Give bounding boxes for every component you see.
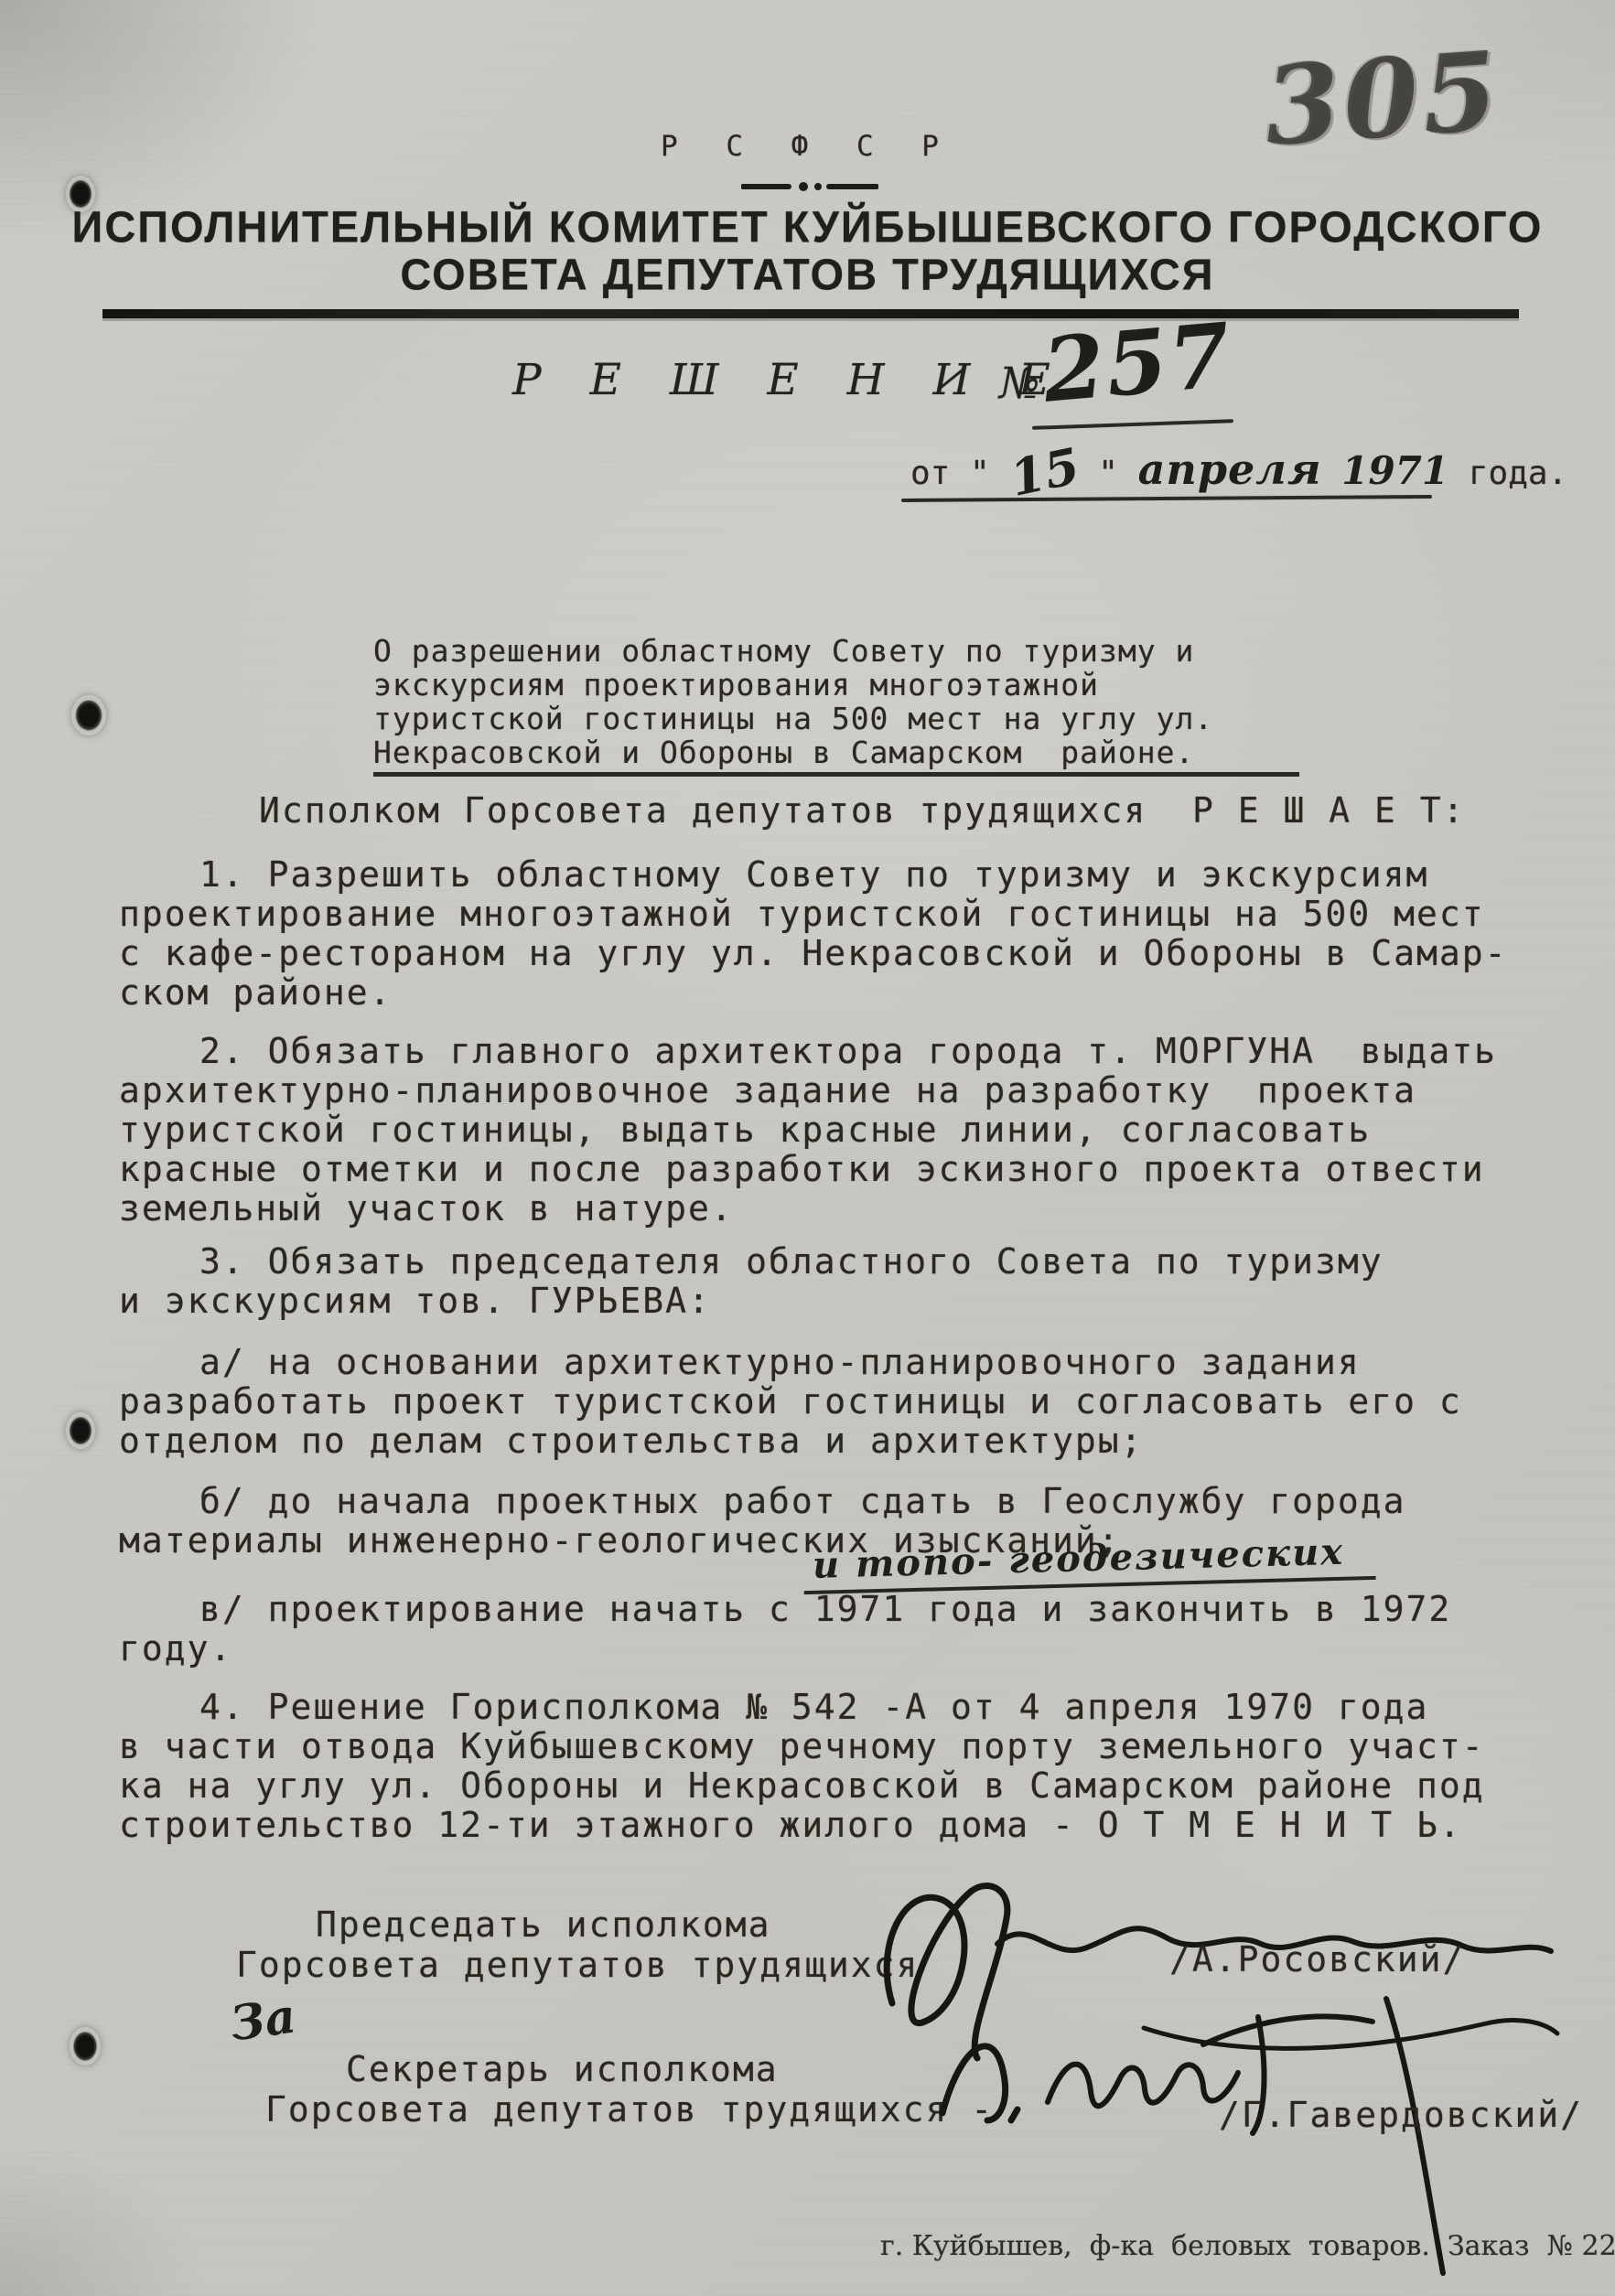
- committee-name-line1: ИСПОЛНИТЕЛЬНЫЙ КОМИТЕТ КУЙБЫШЕВСКОГО ГОР…: [0, 200, 1615, 252]
- item-4-line: ка на углу ул. Обороны и Некрасовской в …: [119, 1766, 1533, 1806]
- item-2-line: красные отметки и после разработки эскиз…: [119, 1150, 1533, 1189]
- subject-line: О разрешении областному Совету по туризм…: [373, 634, 1316, 668]
- numero-sign: №: [999, 359, 1039, 409]
- item-2-line: 2. Обязать главного архитектора города т…: [119, 1032, 1533, 1071]
- date-from: от: [910, 455, 970, 492]
- item-2-line: земельный участок в натуре.: [119, 1189, 1533, 1228]
- item-3v-line: в/ проектирование начать с 1971 года и з…: [119, 1590, 1533, 1629]
- item-3a: а/ на основании архитектурно-планировочн…: [119, 1343, 1533, 1461]
- item-3-line: 3. Обязать председателя областного Совет…: [119, 1242, 1533, 1282]
- document-page: 305 Р С Ф С Р ИСПОЛНИТЕЛЬНЫЙ КОМИТЕТ КУЙ…: [0, 0, 1615, 2296]
- punch-hole: [70, 2027, 101, 2065]
- decision-number-handwritten: 257: [1039, 303, 1235, 423]
- secretary-name: /Г.Гавердовский/: [1219, 2095, 1583, 2135]
- secretary-role-line1: Секретарь исполкома: [346, 2049, 779, 2089]
- document-type-title: Р Е Ш Е Н И Е: [512, 355, 1068, 405]
- item-3: 3. Обязать председателя областного Совет…: [119, 1242, 1533, 1321]
- za-mark-handwritten: За: [227, 1988, 299, 2052]
- date-underline: [901, 495, 1432, 502]
- item-3a-line: а/ на основании архитектурно-планировочн…: [119, 1343, 1533, 1382]
- chairman-role-line2: Горсовета депутатов трудящихся: [236, 1945, 919, 1985]
- subject-line-underlined: Некрасовской и Обороны в Самарском район…: [373, 735, 1299, 777]
- date-suffix: года.: [1448, 455, 1567, 492]
- date-close-quote: ": [1098, 455, 1118, 492]
- item-3v-line: году.: [119, 1629, 1533, 1668]
- item-3b-line: б/ до начала проектных работ сдать в Гео…: [119, 1482, 1533, 1521]
- item-4-line: в части отвода Куйбышевскому речному пор…: [119, 1727, 1533, 1766]
- item-1-line: ском районе.: [119, 973, 1533, 1013]
- resolution-intro: Исполком Горсовета депутатов трудящихся …: [259, 790, 1466, 831]
- item-3-line: и экскурсиям тов. ГУРЬЕВА:: [119, 1282, 1533, 1321]
- item-2: 2. Обязать главного архитектора города т…: [119, 1032, 1533, 1228]
- punch-hole: [66, 1412, 95, 1449]
- item-4-line: 4. Решение Горисполкома № 542 -А от 4 ап…: [119, 1688, 1533, 1727]
- item-4: 4. Решение Горисполкома № 542 -А от 4 ап…: [119, 1688, 1533, 1845]
- item-3a-line: разработать проект туристской гостиницы …: [119, 1382, 1533, 1422]
- date-open-quote: ": [970, 455, 990, 492]
- item-3v: в/ проектирование начать с 1971 года и з…: [119, 1590, 1533, 1668]
- date-line: от " 15 " апреля 1971 года.: [910, 437, 1567, 496]
- item-1-line: проектирование многоэтажной туристской г…: [119, 895, 1533, 934]
- item-1-line: 1. Разрешить областному Совету по туризм…: [119, 855, 1533, 895]
- item-1: 1. Разрешить областному Совету по туризм…: [119, 855, 1533, 1013]
- item-2-line: архитектурно-планировочное задание на ра…: [119, 1071, 1533, 1110]
- republic-title: Р С Ф С Р: [0, 130, 1615, 163]
- item-3a-line: отделом по делам строительства и архитек…: [119, 1422, 1533, 1461]
- subject-line: экскурсиям проектирования многоэтажной: [373, 668, 1316, 702]
- print-shop-footer: г. Куйбышев, ф-ка беловых товаров. Заказ…: [880, 2230, 1615, 2262]
- chairman-role-line1: Председать исполкома: [316, 1904, 771, 1945]
- subject-line: туристской гостиницы на 500 мест на углу…: [373, 702, 1316, 735]
- header-divider-ornament: [741, 179, 878, 194]
- item-2-line: туристской гостиницы, выдать красные лин…: [119, 1110, 1533, 1150]
- header-rule: [102, 309, 1519, 318]
- committee-name-line2: СОВЕТА ДЕПУТАТОВ ТРУДЯЩИХСЯ: [0, 248, 1615, 299]
- secretary-role-line2: Горсовета депутатов трудящихся -: [265, 2089, 994, 2130]
- date-month-handwritten: апреля: [1138, 445, 1322, 494]
- subject-paragraph: О разрешении областному Совету по туризм…: [373, 634, 1316, 777]
- punch-hole: [71, 695, 106, 735]
- item-1-line: с кафе-рестораном на углу ул. Некрасовск…: [119, 934, 1533, 973]
- date-year-handwritten: 1971: [1341, 448, 1448, 493]
